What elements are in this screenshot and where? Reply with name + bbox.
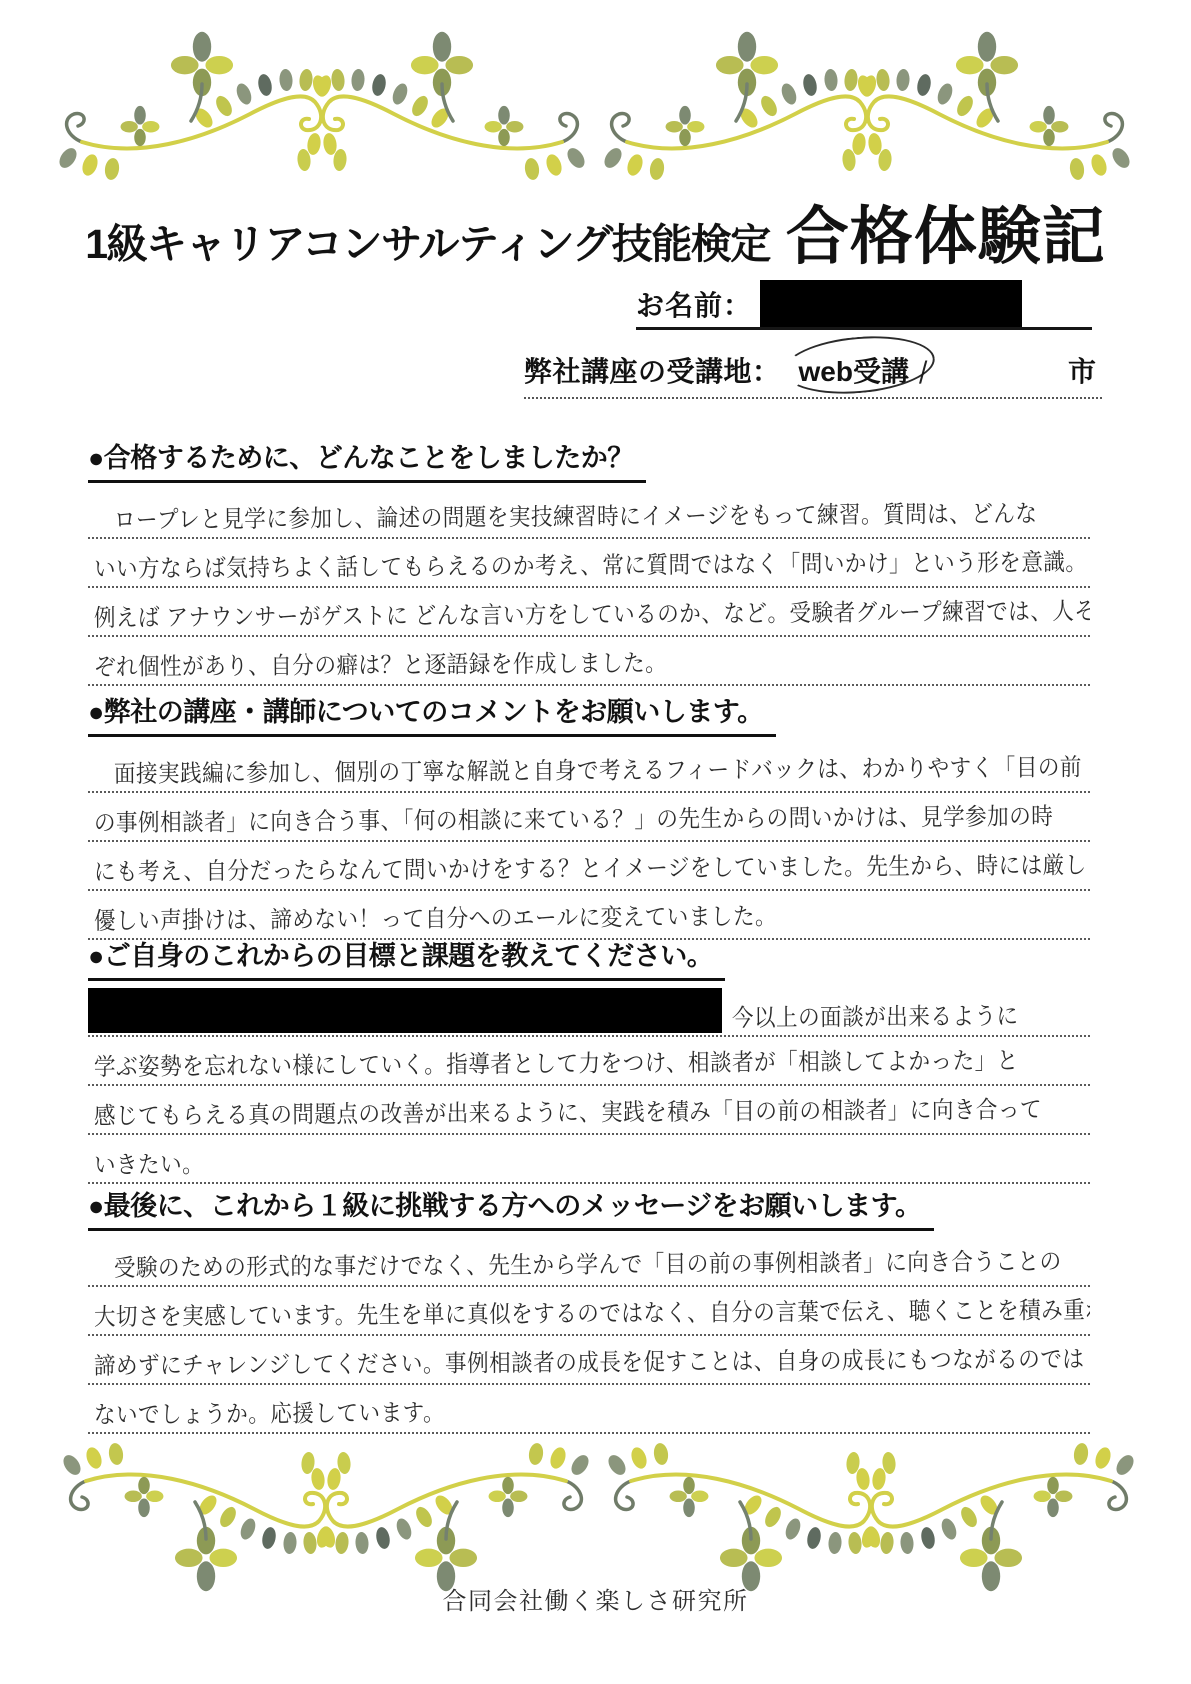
handwritten-line: いきたい。 (88, 1135, 1090, 1184)
course-location-row: 弊社講座の受講地： web受講 / 市 (524, 350, 1102, 399)
handwritten-answer-block: 受験のための形式的な事だけでなく、先生から学んで「目の前の事例相談者」に向き合う… (88, 1238, 1104, 1434)
company-name-footer: 合同会社働く楽しさ研究所 (0, 1581, 1191, 1616)
handwritten-line: 受験のための形式的な事だけでなく、先生から学んで「目の前の事例相談者」に向き合う… (88, 1238, 1090, 1287)
handwritten-slash: / (919, 355, 928, 388)
handwritten-line: ロープレと見学に参加し、論述の問題を実技練習時にイメージをもって練習。質問は、ど… (88, 490, 1090, 539)
handwritten-line: 大切さを実感しています。先生を単に真似をするのではなく、自分の言葉で伝え、聴くこ… (88, 1287, 1090, 1336)
handwritten-line: にも考え、自分だったらなんて問いかけをする？とイメージをしていました。先生から、… (88, 842, 1090, 891)
handwritten-line: 面接実践編に参加し、個別の丁寧な解説と自身で考えるフィードバックは、わかりやすく… (88, 744, 1090, 793)
title-exam-name: 1級キャリアコンサルティング技能検定 (85, 221, 770, 267)
handwritten-line: ないでしょうか。応援しています。 (88, 1385, 1090, 1434)
handwritten-line: いい方ならば気持ちよく話してもらえるのか考え、常に質問ではなく「問いかけ」という… (88, 539, 1090, 588)
handwritten-line: の事例相談者」に向き合う事、「何の相談に来ている？」の先生からの問いかけは、見学… (88, 793, 1090, 842)
city-suffix-label: 市 (1068, 350, 1096, 390)
handwritten-line: 例えば アナウンサーがゲストに どんな言い方をしているのか、など。受験者グループ… (88, 588, 1090, 637)
handwritten-line: 諦めずにチャレンジしてください。事例相談者の成長を促すことは、自身の成長にもつな… (88, 1336, 1090, 1385)
section-question-heading: ●合格するために、どんなことをしましたか？ (88, 436, 646, 483)
name-label: お名前： (636, 284, 752, 327)
floral-border-top-decoration (52, 26, 1137, 191)
floral-border-bottom-decoration (56, 1432, 1141, 1597)
title-main: 合格体験記 (786, 202, 1106, 272)
section-course-instructor-comment: ●弊社の講座・講師についてのコメントをお願いします。 面接実践編に参加し、個別の… (88, 690, 1104, 940)
section-what-did-you-do: ●合格するために、どんなことをしましたか？ ロープレと見学に参加し、論述の問題を… (88, 436, 1104, 686)
course-location-label: 弊社講座の受講地： (524, 350, 781, 390)
section-question-heading: ●最後に、これから１級に挑戦する方へのメッセージをお願いします。 (88, 1184, 934, 1231)
handwritten-line: ぞれ個性があり、自分の癖は？と逐語録を作成しました。 (88, 637, 1090, 686)
scanned-document-page: 1級キャリアコンサルティング技能検定合格体験記 お名前： 弊社講座の受講地： w… (0, 0, 1191, 1684)
handwritten-answer-block: 今以上の面談が出来るように 学ぶ姿勢を忘れない様にしていく。指導者として力をつけ… (88, 988, 1104, 1184)
handwritten-circle-annotation (780, 330, 936, 399)
handwritten-answer-block: ロープレと見学に参加し、論述の問題を実技練習時にイメージをもって練習。質問は、ど… (88, 490, 1104, 686)
course-location-value: web受講 (799, 350, 909, 390)
handwritten-line: 優しい声掛けは、諦めない！って自分へのエールに変えていました。 (88, 891, 1090, 940)
handwritten-line: 感じてもらえる真の問題点の改善が出来るように、実践を積み「目の前の相談者」に向き… (88, 1086, 1090, 1135)
section-question-heading: ●弊社の講座・講師についてのコメントをお願いします。 (88, 690, 776, 737)
handwritten-answer-block: 面接実践編に参加し、個別の丁寧な解説と自身で考えるフィードバックは、わかりやすく… (88, 744, 1104, 940)
name-redaction-box (760, 280, 1022, 327)
section-message-to-challengers: ●最後に、これから１級に挑戦する方へのメッセージをお願いします。 受験のための形… (88, 1184, 1104, 1434)
name-field-row: お名前： (636, 280, 1092, 330)
document-title: 1級キャリアコンサルティング技能検定合格体験記 (0, 186, 1191, 277)
handwritten-line-with-redaction: 今以上の面談が出来るように (88, 988, 1090, 1037)
section-future-goals: ●ご自身のこれからの目標と課題を教えてください。 今以上の面談が出来るように 学… (88, 934, 1104, 1184)
handwritten-line: 学ぶ姿勢を忘れない様にしていく。指導者として力をつけ、相談者が「相談してよかった… (88, 1037, 1090, 1086)
answer-redaction-box (88, 988, 722, 1033)
section-question-heading: ●ご自身のこれからの目標と課題を教えてください。 (88, 934, 725, 981)
